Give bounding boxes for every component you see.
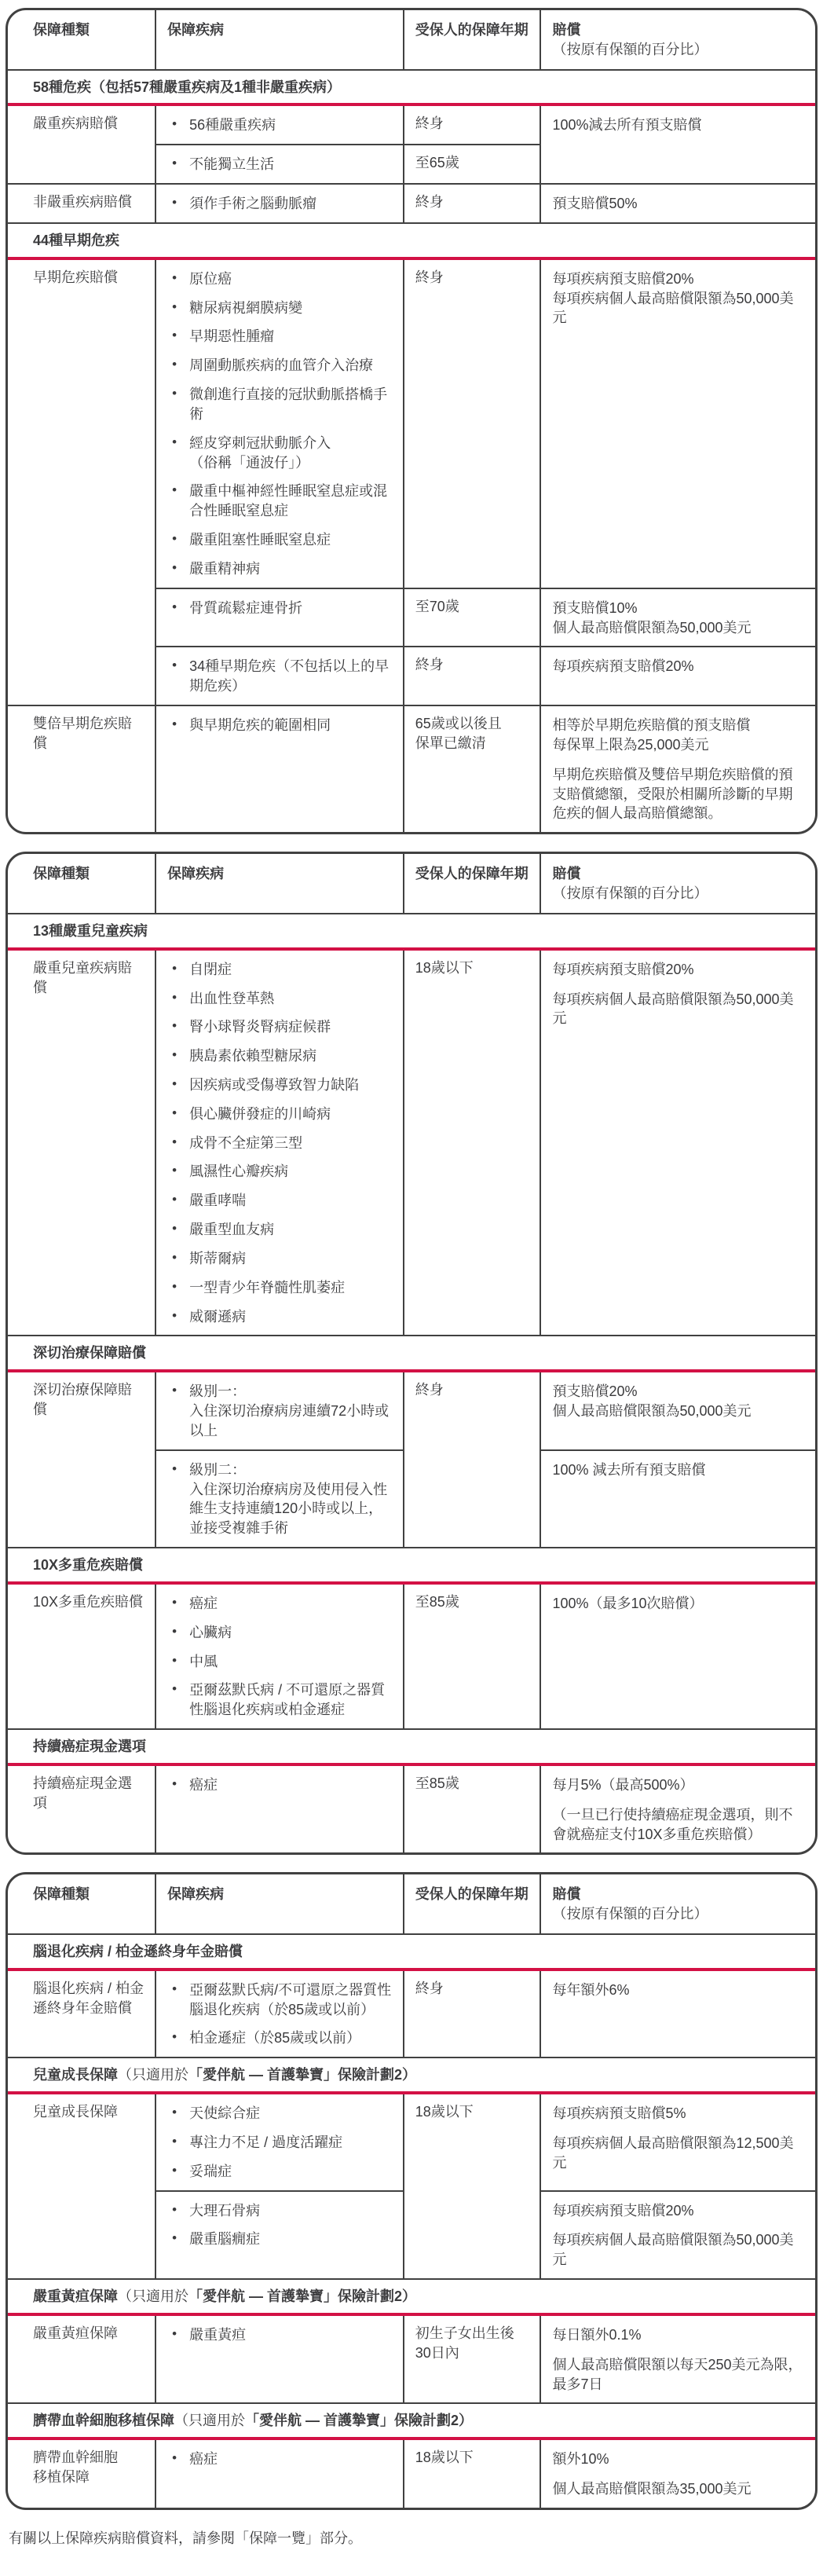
disease-item: 亞爾茲默氏病 / 不可還原之器質性腦退化疾病或柏金遜症	[167, 1680, 392, 1720]
benefit-row: 兒童成長保障天使綜合症專注力不足 / 過度活躍症妥瑞症18歲以下每項疾病預支賠償…	[8, 2093, 815, 2190]
covered-diseases-cell: 級別二： 入住深切治療病房及使用侵入性維生支持連續120小時或以上，並接受複雜手…	[155, 1450, 404, 1548]
disease-list: 級別一： 入住深切治療病房連續72小時或以上	[167, 1382, 392, 1440]
coverage-type-cell: 嚴重兒童疾病賠償	[8, 949, 155, 1336]
disease-item: 中風	[167, 1652, 392, 1672]
disease-item: 原位癌	[167, 269, 392, 289]
col-header-coverage-type: 保障種類	[8, 1874, 155, 1934]
col-header-covered-disease: 保障疾病	[155, 854, 404, 914]
benefit-tables-container: 保障種類保障疾病受保人的保障年期賠償（按原有保額的百分比）58種危疾（包括57種…	[5, 8, 818, 2510]
section-title-note: （只適用於	[118, 2288, 188, 2304]
compensation-cell: 每年額外6%	[540, 1970, 815, 2058]
covered-diseases-cell: 嚴重黃疸	[155, 2314, 404, 2403]
disease-item: 早期惡性腫瘤	[167, 327, 392, 346]
compensation-paragraph: 每項疾病預支賠償20% 每項疾病個人最高賠償限額為50,000美元	[552, 269, 804, 328]
section-title: 13種嚴重兒童疾病	[8, 914, 815, 949]
disease-list: 56種嚴重疾病	[167, 115, 392, 135]
compensation-cell: 每月5%（最高500%）（一旦已行使持續癌症現金選項，則不會就癌症支付10X多重…	[540, 1764, 815, 1852]
covered-diseases-cell: 癌症	[155, 2439, 404, 2508]
page: 保障種類保障疾病受保人的保障年期賠償（按原有保額的百分比）58種危疾（包括57種…	[0, 0, 823, 2576]
compensation-paragraph: 每項疾病預支賠償5%	[552, 2104, 804, 2123]
coverage-type-cell: 兒童成長保障	[8, 2093, 155, 2279]
section-row: 臍帶血幹細胞移植保障（只適用於「愛伴航 — 首護摯寶」保險計劃2）	[8, 2403, 815, 2439]
disease-item: 周圍動脈疾病的血管介入治療	[167, 356, 392, 376]
disease-list: 原位癌糖尿病視網膜病變早期惡性腫瘤周圍動脈疾病的血管介入治療微創進行直接的冠狀動…	[167, 269, 392, 579]
section-title: 臍帶血幹細胞移植保障（只適用於「愛伴航 — 首護摯寶」保險計劃2）	[8, 2403, 815, 2439]
disease-item: 癌症	[167, 2450, 392, 2469]
compensation-cell: 100% 減去所有預支賠償	[540, 1450, 815, 1548]
disease-item: 嚴重精神病	[167, 559, 392, 579]
col-header-coverage-period: 受保人的保障年期	[404, 1874, 541, 1934]
section-title: 腦退化疾病 / 柏金遜終身年金賠償	[8, 1934, 815, 1970]
section-title-bold: 13種嚴重兒童疾病	[33, 923, 148, 939]
benefit-row: 嚴重兒童疾病賠償自閉症出血性登革熱腎小球腎炎腎病症候群胰島素依賴型糖尿病因疾病或…	[8, 949, 815, 1336]
disease-item: 出血性登革熱	[167, 989, 392, 1009]
benefit-row: 早期危疾賠償原位癌糖尿病視網膜病變早期惡性腫瘤周圍動脈疾病的血管介入治療微創進行…	[8, 258, 815, 588]
compensation-cell: 每項疾病預支賠償20% 每項疾病個人最高賠償限額為50,000美元	[540, 258, 815, 588]
coverage-period-cell: 終身	[404, 104, 541, 145]
coverage-period-cell: 終身	[404, 184, 541, 223]
disease-list: 骨質疏鬆症連骨折	[167, 599, 392, 618]
compensation-cell: 每項疾病預支賠償20%每項疾病個人最高賠償限額為50,000美元	[540, 2191, 815, 2279]
compensation-cell: 預支賠償50%	[540, 184, 815, 223]
section-row: 58種危疾（包括57種嚴重疾病及1種非嚴重疾病）	[8, 70, 815, 105]
coverage-period-cell: 終身	[404, 258, 541, 588]
section-row: 兒童成長保障（只適用於「愛伴航 — 首護摯寶」保險計劃2）	[8, 2058, 815, 2093]
coverage-period-cell: 終身	[404, 647, 541, 705]
benefit-row: 腦退化疾病 / 柏金遜終身年金賠償亞爾茲默氏病/不可還原之器質性腦退化疾病（於8…	[8, 1970, 815, 2058]
compensation-paragraph: 相等於早期危疾賠償的預支賠償 每保單上限為25,000美元	[552, 716, 804, 755]
table-header-row: 保障種類保障疾病受保人的保障年期賠償（按原有保額的百分比）	[8, 10, 815, 70]
covered-diseases-cell: 骨質疏鬆症連骨折	[155, 588, 404, 647]
compensation-header-sub: （按原有保額的百分比）	[552, 1904, 804, 1924]
covered-diseases-cell: 級別一： 入住深切治療病房連續72小時或以上	[155, 1371, 404, 1449]
compensation-paragraph: 每項疾病預支賠償20%	[552, 657, 804, 676]
compensation-paragraph: 100% 減去所有預支賠償	[552, 1460, 804, 1480]
disease-list: 天使綜合症專注力不足 / 過度活躍症妥瑞症	[167, 2104, 392, 2181]
disease-list: 癌症	[167, 1775, 392, 1795]
section-row: 腦退化疾病 / 柏金遜終身年金賠償	[8, 1934, 815, 1970]
coverage-type-cell: 非嚴重疾病賠償	[8, 184, 155, 223]
coverage-period-cell: 18歲以下	[404, 949, 541, 1336]
benefit-row: 雙倍早期危疾賠償與早期危疾的範圍相同65歲或以後且 保單已繳清相等於早期危疾賠償…	[8, 705, 815, 832]
section-title-bold: 嚴重黃疸保障	[33, 2288, 118, 2304]
disease-item: 不能獨立生活	[167, 155, 392, 174]
coverage-type-cell: 嚴重疾病賠償	[8, 104, 155, 184]
col-header-coverage-period: 受保人的保障年期	[404, 10, 541, 70]
disease-item: 自閉症	[167, 960, 392, 980]
disease-item: 34種早期危疾（不包括以上的早期危疾）	[167, 657, 392, 696]
coverage-period-cell: 65歲或以後且 保單已繳清	[404, 705, 541, 832]
section-row: 13種嚴重兒童疾病	[8, 914, 815, 949]
section-title-bold: 腦退化疾病 / 柏金遜終身年金賠償	[33, 1944, 243, 1959]
compensation-paragraph: （一旦已行使持續癌症現金選項，則不會就癌症支付10X多重危疾賠償）	[552, 1805, 804, 1845]
disease-list: 級別二： 入住深切治療病房及使用侵入性維生支持連續120小時或以上，並接受複雜手…	[167, 1460, 392, 1538]
covered-diseases-cell: 自閉症出血性登革熱腎小球腎炎腎病症候群胰島素依賴型糖尿病因疾病或受傷導致智力缺陷…	[155, 949, 404, 1336]
disease-item: 專注力不足 / 過度活躍症	[167, 2133, 392, 2153]
coverage-type-cell: 早期危疾賠償	[8, 258, 155, 705]
col-header-coverage-type: 保障種類	[8, 10, 155, 70]
disease-list: 亞爾茲默氏病/不可還原之器質性腦退化疾病（於85歲或以前）柏金遜症（於85歲或以…	[167, 1981, 392, 2048]
coverage-period-cell: 初生子女出生後 30日內	[404, 2314, 541, 2403]
disease-list: 須作手術之腦動脈瘤	[167, 194, 392, 214]
disease-item: 心臟病	[167, 1623, 392, 1643]
table-header-row: 保障種類保障疾病受保人的保障年期賠償（按原有保額的百分比）	[8, 1874, 815, 1934]
benefit-row: 非嚴重疾病賠償須作手術之腦動脈瘤終身預支賠償50%	[8, 184, 815, 223]
compensation-cell: 預支賠償20% 個人最高賠償限額為50,000美元	[540, 1371, 815, 1449]
section-title-bold: 58種危疾（包括57種嚴重疾病及1種非嚴重疾病）	[33, 79, 341, 95]
disease-item: 胰島素依賴型糖尿病	[167, 1046, 392, 1066]
disease-item: 大理石骨病	[167, 2201, 392, 2221]
disease-item: 因疾病或受傷導致智力缺陷	[167, 1075, 392, 1095]
disease-item: 與早期危疾的範圍相同	[167, 716, 392, 735]
col-header-coverage-period: 受保人的保障年期	[404, 854, 541, 914]
covered-diseases-cell: 34種早期危疾（不包括以上的早期危疾）	[155, 647, 404, 705]
covered-diseases-cell: 癌症心臟病中風亞爾茲默氏病 / 不可還原之器質性腦退化疾病或柏金遜症	[155, 1583, 404, 1729]
compensation-cell: 100%（最多10次賠償）	[540, 1583, 815, 1729]
compensation-paragraph: 每年額外6%	[552, 1981, 804, 2000]
compensation-cell: 100%減去所有預支賠償	[540, 104, 815, 184]
col-header-coverage-type: 保障種類	[8, 854, 155, 914]
coverage-period-cell: 18歲以下	[404, 2093, 541, 2279]
compensation-paragraph: 個人最高賠償限額以每天250美元為限，最多7日	[552, 2355, 804, 2395]
col-header-compensation: 賠償（按原有保額的百分比）	[540, 10, 815, 70]
benefit-row: 深切治療保障賠償級別一： 入住深切治療病房連續72小時或以上終身預支賠償20% …	[8, 1371, 815, 1449]
coverage-type-cell: 腦退化疾病 / 柏金遜終身年金賠償	[8, 1970, 155, 2058]
disease-item: 嚴重哮喘	[167, 1191, 392, 1211]
coverage-type-cell: 10X多重危疾賠償	[8, 1583, 155, 1729]
disease-item: 級別一： 入住深切治療病房連續72小時或以上	[167, 1382, 392, 1440]
benefit-row: 臍帶血幹細胞 移植保障癌症18歲以下額外10%個人最高賠償限額為35,000美元	[8, 2439, 815, 2508]
col-header-covered-disease: 保障疾病	[155, 10, 404, 70]
section-row: 深切治療保障賠償	[8, 1336, 815, 1371]
compensation-paragraph: 每項疾病個人最高賠償限額為12,500美元	[552, 2134, 804, 2173]
disease-item: 骨質疏鬆症連骨折	[167, 599, 392, 618]
disease-list: 自閉症出血性登革熱腎小球腎炎腎病症候群胰島素依賴型糖尿病因疾病或受傷導致智力缺陷…	[167, 960, 392, 1327]
section-title-bold: 兒童成長保障	[33, 2067, 118, 2083]
covered-diseases-cell: 與早期危疾的範圍相同	[155, 705, 404, 832]
compensation-cell: 相等於早期危疾賠償的預支賠償 每保單上限為25,000美元早期危疾賠償及雙倍早期…	[540, 705, 815, 832]
section-title-bold: 臍帶血幹細胞移植保障	[33, 2413, 174, 2428]
section-title-bold: 「愛伴航 — 首護摯寶」保險計劃2）	[188, 2067, 416, 2083]
coverage-type-cell: 嚴重黃疸保障	[8, 2314, 155, 2403]
section-title-bold: 44種早期危疾	[33, 233, 119, 248]
covered-diseases-cell: 原位癌糖尿病視網膜病變早期惡性腫瘤周圍動脈疾病的血管介入治療微創進行直接的冠狀動…	[155, 258, 404, 588]
disease-item: 嚴重型血友病	[167, 1220, 392, 1240]
compensation-paragraph: 早期危疾賠償及雙倍早期危疾賠償的預支賠償總額，受限於相關所診斷的早期危疾的個人最…	[552, 765, 804, 823]
disease-item: 癌症	[167, 1594, 392, 1614]
compensation-paragraph: 每月5%（最高500%）	[552, 1775, 804, 1795]
covered-diseases-cell: 不能獨立生活	[155, 145, 404, 184]
compensation-cell: 每項疾病預支賠償20%每項疾病個人最高賠償限額為50,000美元	[540, 949, 815, 1336]
coverage-type-cell: 臍帶血幹細胞 移植保障	[8, 2439, 155, 2508]
disease-item: 天使綜合症	[167, 2104, 392, 2123]
disease-item: 俱心臟併發症的川崎病	[167, 1105, 392, 1124]
benefits-table-2: 保障種類保障疾病受保人的保障年期賠償（按原有保額的百分比）13種嚴重兒童疾病嚴重…	[8, 854, 815, 1852]
disease-item: 經皮穿刺冠狀動脈介入 （俗稱「通波仔」）	[167, 434, 392, 473]
benefit-row: 持續癌症現金選項癌症至85歲每月5%（最高500%）（一旦已行使持續癌症現金選項…	[8, 1764, 815, 1852]
covered-diseases-cell: 癌症	[155, 1764, 404, 1852]
section-row: 44種早期危疾	[8, 223, 815, 258]
coverage-type-cell: 雙倍早期危疾賠償	[8, 705, 155, 832]
section-title: 58種危疾（包括57種嚴重疾病及1種非嚴重疾病）	[8, 70, 815, 105]
disease-item: 糖尿病視網膜病變	[167, 299, 392, 318]
compensation-paragraph: 每項疾病個人最高賠償限額為50,000美元	[552, 990, 804, 1029]
disease-list: 大理石骨病嚴重腦癇症	[167, 2201, 392, 2250]
disease-item: 亞爾茲默氏病/不可還原之器質性腦退化疾病（於85歲或以前）	[167, 1981, 392, 2020]
section-title-bold: 深切治療保障賠償	[33, 1345, 146, 1361]
compensation-header-sub: （按原有保額的百分比）	[552, 40, 804, 60]
disease-list: 癌症	[167, 2450, 392, 2469]
compensation-paragraph: 每日額外0.1%	[552, 2325, 804, 2345]
disease-item: 56種嚴重疾病	[167, 115, 392, 135]
compensation-paragraph: 額外10%	[552, 2450, 804, 2469]
disease-list: 34種早期危疾（不包括以上的早期危疾）	[167, 657, 392, 696]
disease-item: 嚴重中樞神經性睡眠窒息症或混合性睡眠窒息症	[167, 482, 392, 521]
section-row: 嚴重黃疸保障（只適用於「愛伴航 — 首護摯寶」保險計劃2）	[8, 2279, 815, 2314]
coverage-type-cell: 持續癌症現金選項	[8, 1764, 155, 1852]
covered-diseases-cell: 亞爾茲默氏病/不可還原之器質性腦退化疾病（於85歲或以前）柏金遜症（於85歲或以…	[155, 1970, 404, 2058]
section-row: 持續癌症現金選項	[8, 1729, 815, 1764]
coverage-period-cell: 18歲以下	[404, 2439, 541, 2508]
covered-diseases-cell: 天使綜合症專注力不足 / 過度活躍症妥瑞症	[155, 2093, 404, 2190]
benefits-table-card-2: 保障種類保障疾病受保人的保障年期賠償（按原有保額的百分比）13種嚴重兒童疾病嚴重…	[5, 852, 818, 1855]
disease-item: 嚴重腦癇症	[167, 2230, 392, 2249]
disease-item: 腎小球腎炎腎病症候群	[167, 1017, 392, 1037]
disease-item: 癌症	[167, 1775, 392, 1795]
compensation-cell: 每日額外0.1%個人最高賠償限額以每天250美元為限，最多7日	[540, 2314, 815, 2403]
coverage-type-cell: 深切治療保障賠償	[8, 1371, 155, 1548]
benefits-table-card-3: 保障種類保障疾病受保人的保障年期賠償（按原有保額的百分比）腦退化疾病 / 柏金遜…	[5, 1872, 818, 2510]
benefits-table-card-1: 保障種類保障疾病受保人的保障年期賠償（按原有保額的百分比）58種危疾（包括57種…	[5, 8, 818, 834]
benefit-row: 嚴重黃疸保障嚴重黃疸初生子女出生後 30日內每日額外0.1%個人最高賠償限額以每…	[8, 2314, 815, 2403]
benefit-row: 嚴重疾病賠償56種嚴重疾病終身100%減去所有預支賠償	[8, 104, 815, 145]
benefit-row: 10X多重危疾賠償癌症心臟病中風亞爾茲默氏病 / 不可還原之器質性腦退化疾病或柏…	[8, 1583, 815, 1729]
disease-list: 癌症心臟病中風亞爾茲默氏病 / 不可還原之器質性腦退化疾病或柏金遜症	[167, 1594, 392, 1720]
disease-item: 成骨不全症第三型	[167, 1134, 392, 1153]
compensation-paragraph: 預支賠償50%	[552, 194, 804, 214]
compensation-cell: 預支賠償10% 個人最高賠償限額為50,000美元	[540, 588, 815, 647]
compensation-paragraph: 100%減去所有預支賠償	[552, 115, 804, 135]
compensation-cell: 每項疾病預支賠償20%	[540, 647, 815, 705]
compensation-paragraph: 每項疾病預支賠償20%	[552, 960, 804, 980]
benefits-table-3: 保障種類保障疾病受保人的保障年期賠償（按原有保額的百分比）腦退化疾病 / 柏金遜…	[8, 1874, 815, 2508]
section-row: 10X多重危疾賠償	[8, 1548, 815, 1583]
coverage-period-cell: 至85歲	[404, 1583, 541, 1729]
covered-diseases-cell: 大理石骨病嚴重腦癇症	[155, 2191, 404, 2279]
coverage-period-cell: 終身	[404, 1970, 541, 2058]
section-title: 兒童成長保障（只適用於「愛伴航 — 首護摯寶」保險計劃2）	[8, 2058, 815, 2093]
compensation-paragraph: 預支賠償10% 個人最高賠償限額為50,000美元	[552, 599, 804, 638]
coverage-period-cell: 終身	[404, 1371, 541, 1548]
compensation-paragraph: 預支賠償20% 個人最高賠償限額為50,000美元	[552, 1382, 804, 1421]
compensation-paragraph: 個人最高賠償限額為35,000美元	[552, 2479, 804, 2499]
table-header-row: 保障種類保障疾病受保人的保障年期賠償（按原有保額的百分比）	[8, 854, 815, 914]
section-title-bold: 「愛伴航 — 首護摯寶」保險計劃2）	[188, 2288, 416, 2304]
disease-item: 嚴重阻塞性睡眠窒息症	[167, 530, 392, 550]
compensation-paragraph: 每項疾病預支賠償20%	[552, 2201, 804, 2221]
compensation-header-main: 賠償	[552, 1886, 580, 1902]
compensation-cell: 額外10%個人最高賠償限額為35,000美元	[540, 2439, 815, 2508]
compensation-header-sub: （按原有保額的百分比）	[552, 884, 804, 903]
coverage-period-cell: 至65歲	[404, 145, 541, 184]
section-title-note: （只適用於	[174, 2413, 245, 2428]
disease-item: 風濕性心瓣疾病	[167, 1162, 392, 1182]
disease-list: 與早期危疾的範圍相同	[167, 716, 392, 735]
section-title: 44種早期危疾	[8, 223, 815, 258]
section-title: 嚴重黃疸保障（只適用於「愛伴航 — 首護摯寶」保險計劃2）	[8, 2279, 815, 2314]
disease-item: 柏金遜症（於85歲或以前）	[167, 2028, 392, 2048]
section-title-bold: 10X多重危疾賠償	[33, 1557, 143, 1573]
disease-item: 一型青少年脊髓性肌萎症	[167, 1278, 392, 1298]
disease-item: 妥瑞症	[167, 2162, 392, 2182]
section-title-bold: 「愛伴航 — 首護摯寶」保險計劃2）	[245, 2413, 473, 2428]
disease-item: 威爾遜病	[167, 1307, 392, 1327]
section-title-bold: 持續癌症現金選項	[33, 1739, 146, 1754]
col-header-covered-disease: 保障疾病	[155, 1874, 404, 1934]
compensation-header-main: 賠償	[552, 866, 580, 881]
section-title: 持續癌症現金選項	[8, 1729, 815, 1764]
covered-diseases-cell: 56種嚴重疾病	[155, 104, 404, 145]
compensation-paragraph: 每項疾病個人最高賠償限額為50,000美元	[552, 2230, 804, 2270]
disease-list: 嚴重黃疸	[167, 2325, 392, 2345]
col-header-compensation: 賠償（按原有保額的百分比）	[540, 854, 815, 914]
disease-item: 須作手術之腦動脈瘤	[167, 194, 392, 214]
section-title: 10X多重危疾賠償	[8, 1548, 815, 1583]
coverage-period-cell: 至70歲	[404, 588, 541, 647]
disease-item: 微創進行直接的冠狀動脈搭橋手術	[167, 385, 392, 424]
section-title: 深切治療保障賠償	[8, 1336, 815, 1371]
disease-item: 級別二： 入住深切治療病房及使用侵入性維生支持連續120小時或以上，並接受複雜手…	[167, 1460, 392, 1538]
col-header-compensation: 賠償（按原有保額的百分比）	[540, 1874, 815, 1934]
benefits-table-1: 保障種類保障疾病受保人的保障年期賠償（按原有保額的百分比）58種危疾（包括57種…	[8, 10, 815, 832]
compensation-cell: 每項疾病預支賠償5%每項疾病個人最高賠償限額為12,500美元	[540, 2093, 815, 2190]
disease-item: 嚴重黃疸	[167, 2325, 392, 2345]
footer-note: 有關以上保障疾病賠償資料，請參閱「保障一覽」部分。	[9, 2527, 814, 2548]
disease-list: 不能獨立生活	[167, 155, 392, 174]
compensation-header-main: 賠償	[552, 22, 580, 38]
disease-item: 斯蒂爾病	[167, 1249, 392, 1269]
covered-diseases-cell: 須作手術之腦動脈瘤	[155, 184, 404, 223]
compensation-paragraph: 100%（最多10次賠償）	[552, 1594, 804, 1614]
section-title-note: （只適用於	[118, 2067, 188, 2083]
coverage-period-cell: 至85歲	[404, 1764, 541, 1852]
